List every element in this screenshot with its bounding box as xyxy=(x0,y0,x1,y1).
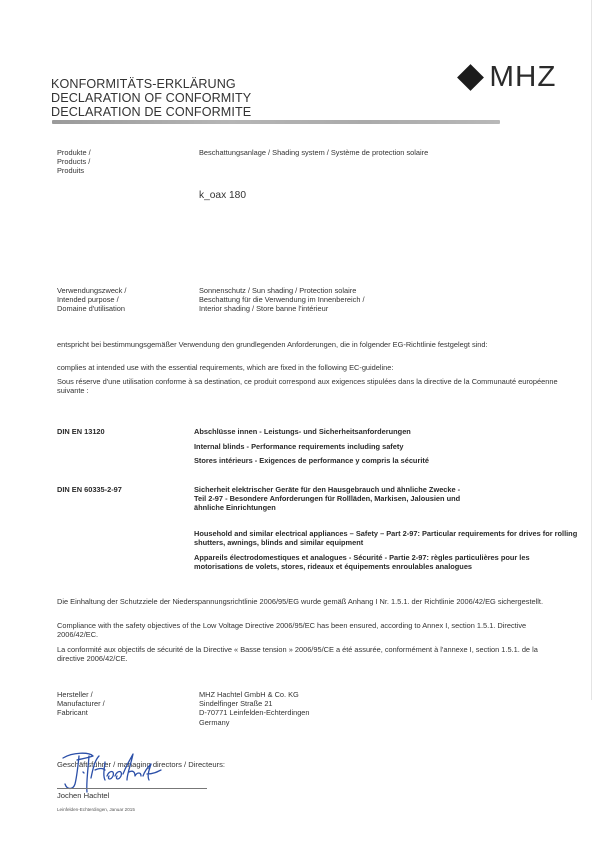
norm-description: Household and similar electrical applian… xyxy=(194,529,584,552)
norm-description: Sicherheit elektrischer Geräte für den H… xyxy=(194,485,469,518)
mhz-logo: MHZ xyxy=(457,62,556,92)
logo-text: MHZ xyxy=(489,62,556,92)
manufacturer-label-de: Hersteller / xyxy=(57,690,105,699)
document-title: KONFORMITÄTS-ERKLÄRUNG DECLARATION OF CO… xyxy=(51,78,251,119)
low-voltage-fr: La conformité aux objectifs de sécurité … xyxy=(57,645,547,663)
low-voltage-de: Die Einhaltung der Schutzziele der Niede… xyxy=(57,597,567,606)
address-line: Germany xyxy=(199,718,310,727)
product-name: k_oax 180 xyxy=(199,190,246,201)
norm-description: Appareils électrodomestiques et analogue… xyxy=(194,553,534,576)
purpose-label-en: Intended purpose / xyxy=(57,295,126,304)
purpose-label: Verwendungszweck / Intended purpose / Do… xyxy=(57,286,126,314)
norm-description-de: Abschlüsse innen - Leistungs- und Sicher… xyxy=(194,427,574,436)
manufacturer-label-fr: Fabricant xyxy=(57,708,105,717)
products-label: Produkte / Products / Produits xyxy=(57,148,91,176)
signature-line xyxy=(57,788,207,789)
header-divider-bar xyxy=(52,120,500,124)
address-line: Sindelfinger Straße 21 xyxy=(199,699,310,708)
title-line-de: KONFORMITÄTS-ERKLÄRUNG xyxy=(51,78,251,92)
title-line-en: DECLARATION OF CONFORMITY xyxy=(51,92,251,106)
purpose-value: Sonnenschutz / Sun shading / Protection … xyxy=(199,286,365,314)
address-line: MHZ Hachtel GmbH & Co. KG xyxy=(199,690,310,699)
manufacturer-label-en: Manufacturer / xyxy=(57,699,105,708)
compliance-intro-de: entspricht bei bestimmungsgemäßer Verwen… xyxy=(57,340,557,349)
norm-description-en: Household and similar electrical applian… xyxy=(194,529,584,547)
norm-description: Abschlüsse innen - Leistungs- und Sicher… xyxy=(194,427,574,471)
title-line-fr: DECLARATION DE CONFORMITE xyxy=(51,106,251,120)
compliance-intro-fr: Sous réserve d'une utilisation conforme … xyxy=(57,377,572,395)
product-category: Beschattungsanlage / Shading system / Sy… xyxy=(199,148,428,157)
norm-code: DIN EN 60335-2-97 xyxy=(57,485,122,494)
address-line: D-70771 Leinfelden-Echterdingen xyxy=(199,708,310,717)
diamond-icon xyxy=(457,64,484,91)
norm-description-fr: Appareils électrodomestiques et analogue… xyxy=(194,553,534,571)
manufacturer-label: Hersteller / Manufacturer / Fabricant xyxy=(57,690,105,718)
purpose-label-de: Verwendungszweck / xyxy=(57,286,126,295)
products-label-fr: Produits xyxy=(57,166,91,175)
place-and-date: Leinfelden-Echterdingen, Januar 2015 xyxy=(57,807,135,812)
signatory-name: Jochen Hachtel xyxy=(57,791,109,800)
norm-description-fr: Stores intérieurs - Exigences de perform… xyxy=(194,456,574,465)
compliance-intro-en: complies at intended use with the essent… xyxy=(57,363,567,372)
purpose-value-line: Interior shading / Store banne l'intérie… xyxy=(199,304,365,313)
products-label-en: Products / xyxy=(57,157,91,166)
norm-code: DIN EN 13120 xyxy=(57,427,105,436)
page-edge-line xyxy=(591,0,592,700)
norm-description-en: Internal blinds - Performance requiremen… xyxy=(194,442,574,451)
norm-description-de: Sicherheit elektrischer Geräte für den H… xyxy=(194,485,469,513)
purpose-label-fr: Domaine d'utilisation xyxy=(57,304,126,313)
purpose-value-line: Sonnenschutz / Sun shading / Protection … xyxy=(199,286,365,295)
low-voltage-en: Compliance with the safety objectives of… xyxy=(57,621,557,639)
purpose-value-line: Beschattung für die Verwendung im Innenb… xyxy=(199,295,365,304)
products-label-de: Produkte / xyxy=(57,148,91,157)
manufacturer-address: MHZ Hachtel GmbH & Co. KG Sindelfinger S… xyxy=(199,690,310,727)
